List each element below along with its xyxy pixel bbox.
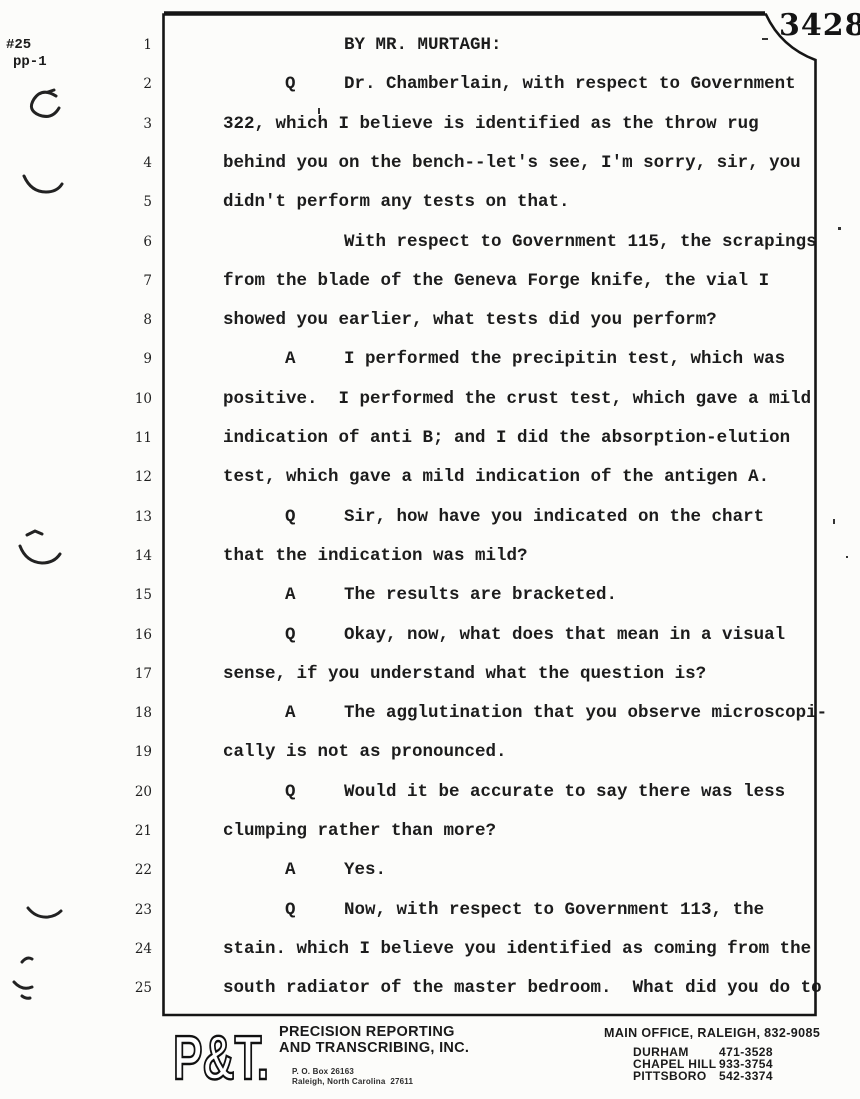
transcript-line-text: behind you on the bench--let's see, I'm … (223, 154, 801, 173)
speaker-prefix: Q (285, 626, 296, 645)
line-number: 2 (116, 78, 152, 92)
line-number: 14 (116, 550, 152, 564)
speaker-prefix: A (285, 861, 296, 880)
transcript-line-text: BY MR. MURTAGH: (344, 36, 502, 55)
line-number: 3 (116, 118, 152, 132)
svg-text:P&T.: P&T. (173, 1024, 269, 1093)
exhibit-margin-note-line2: pp-1 (13, 55, 47, 69)
line-number: 4 (116, 157, 152, 171)
transcript-line-text: south radiator of the master bedroom. Wh… (223, 979, 822, 998)
line-number: 22 (116, 864, 152, 878)
line-number: 11 (116, 432, 152, 446)
transcript-line-text: Would it be accurate to say there was le… (344, 783, 785, 802)
line-number: 25 (116, 982, 152, 996)
line-number: 7 (116, 275, 152, 289)
line-number: 10 (116, 393, 152, 407)
transcript-line-text: Okay, now, what does that mean in a visu… (344, 626, 785, 645)
transcript-line-text: Sir, how have you indicated on the chart (344, 508, 764, 527)
transcript-line-text: The agglutination that you observe micro… (344, 704, 827, 723)
line-number: 23 (116, 904, 152, 918)
speaker-prefix: Q (285, 508, 296, 527)
transcript-line-text: Now, with respect to Government 113, the (344, 901, 764, 920)
footer-main-office: MAIN OFFICE, RALEIGH, 832-9085 (604, 1027, 820, 1040)
transcript-line-text: showed you earlier, what tests did you p… (223, 311, 717, 330)
precision-reporting-logo: P&T. (172, 1021, 274, 1095)
footer-branch-city: PITTSBORO (633, 1070, 707, 1082)
transcript-line-text: Yes. (344, 861, 386, 880)
line-number: 21 (116, 825, 152, 839)
transcript-line-text: from the blade of the Geneva Forge knife… (223, 272, 769, 291)
pen-marks (14, 90, 62, 998)
line-number: 15 (116, 589, 152, 603)
footer-address-line2: Raleigh, North Carolina 27611 (292, 1078, 413, 1086)
transcript-line-text: Dr. Chamberlain, with respect to Governm… (344, 75, 796, 94)
line-number: 5 (116, 196, 152, 210)
line-number: 9 (116, 353, 152, 367)
transcript-line-text: With respect to Government 115, the scra… (344, 233, 817, 252)
line-number: 1 (116, 39, 152, 53)
transcript-line-text: stain. which I believe you identified as… (223, 940, 811, 959)
transcript-line-text: test, which gave a mild indication of th… (223, 468, 769, 487)
transcript-line-text: clumping rather than more? (223, 822, 496, 841)
speaker-prefix: Q (285, 783, 296, 802)
line-number: 18 (116, 707, 152, 721)
exhibit-margin-note-line1: #25 (6, 38, 31, 52)
line-number: 19 (116, 746, 152, 760)
line-number: 20 (116, 786, 152, 800)
speaker-prefix: Q (285, 901, 296, 920)
footer-branch-phone: 542-3374 (719, 1070, 773, 1082)
speaker-prefix: A (285, 350, 296, 369)
line-number: 24 (116, 943, 152, 957)
speaker-prefix: A (285, 586, 296, 605)
transcript-page: #25 pp-1 3428 1BY MR. MURTAGH:2QDr. Cham… (0, 0, 860, 1099)
line-number: 8 (116, 314, 152, 328)
footer-company-name-line1: PRECISION REPORTING (279, 1025, 455, 1040)
transcript-line-text: The results are bracketed. (344, 586, 617, 605)
footer-company-name-line2: AND TRANSCRIBING, INC. (279, 1041, 469, 1056)
line-number: 6 (116, 236, 152, 250)
page-number-stamp: 3428 (779, 11, 860, 41)
transcript-line-text: positive. I performed the crust test, wh… (223, 390, 811, 409)
line-number: 12 (116, 471, 152, 485)
transcript-line-text: sense, if you understand what the questi… (223, 665, 706, 684)
speaker-prefix: A (285, 704, 296, 723)
transcript-line-text: 322, which I believe is identified as th… (223, 115, 759, 134)
transcript-line-text: indication of anti B; and I did the abso… (223, 429, 790, 448)
transcript-line-text: cally is not as pronounced. (223, 743, 507, 762)
transcript-line-text: I performed the precipitin test, which w… (344, 350, 785, 369)
speaker-prefix: Q (285, 75, 296, 94)
line-number: 16 (116, 629, 152, 643)
line-number: 13 (116, 511, 152, 525)
transcript-line-text: didn't perform any tests on that. (223, 193, 570, 212)
footer-address-line1: P. O. Box 26163 (292, 1068, 354, 1076)
transcript-line-text: that the indication was mild? (223, 547, 528, 566)
line-number: 17 (116, 668, 152, 682)
